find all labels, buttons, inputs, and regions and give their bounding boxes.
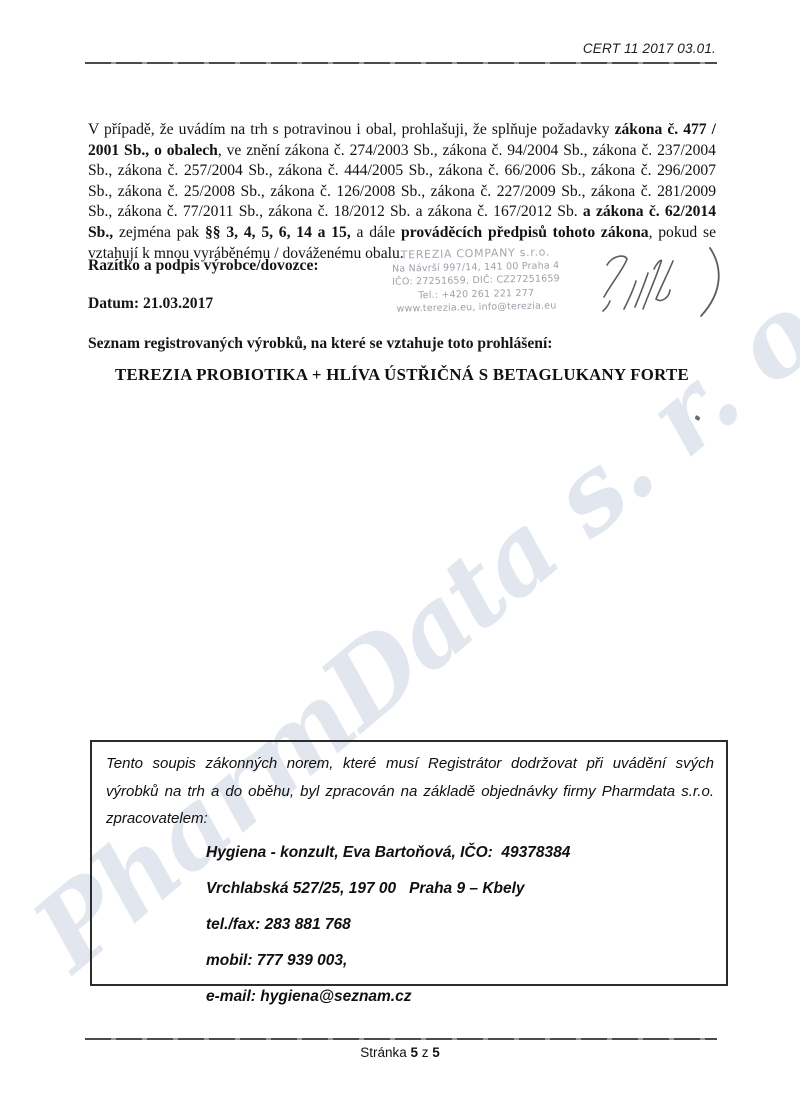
page-content: CERT 11 2017 03.01. V případě, že uvádím… bbox=[0, 0, 800, 1100]
processor-telfax-line: tel./fax: 283 881 768 bbox=[206, 915, 714, 935]
footer-rule bbox=[85, 1038, 717, 1040]
stamp-signature-label: Razítko a podpis výrobce/dovozce: bbox=[88, 257, 319, 275]
footer-of-word: z bbox=[422, 1045, 429, 1060]
company-stamp: TEREZIA COMPANY s.r.o. Na Návrší 997/14,… bbox=[367, 245, 584, 317]
ink-speck bbox=[694, 415, 700, 421]
date-value: 21.03.2017 bbox=[143, 295, 213, 312]
footer-total-pages: 5 bbox=[432, 1045, 440, 1060]
processor-email-line: e-mail: hygiena@seznam.cz bbox=[206, 987, 714, 1007]
list-heading: Seznam registrovaných výrobků, na které … bbox=[88, 335, 553, 353]
processor-info-box: Tento soupis zákonných norem, které musí… bbox=[90, 740, 728, 986]
page-footer: Stránka 5 z 5 bbox=[0, 1045, 800, 1060]
processor-mobile-line: mobil: 777 939 003, bbox=[206, 951, 714, 971]
doc-code: CERT 11 2017 03.01. bbox=[583, 41, 716, 56]
info-box-intro: Tento soupis zákonných norem, které musí… bbox=[106, 750, 714, 833]
processor-address-line: Vrchlabská 527/25, 197 00 Praha 9 – Kbel… bbox=[206, 879, 714, 899]
info-box-lines: Hygiena - konzult, Eva Bartoňová, IČO: 4… bbox=[206, 843, 714, 1007]
date-label: Datum: bbox=[88, 295, 139, 312]
footer-page-number: 5 bbox=[410, 1045, 418, 1060]
processor-name-line: Hygiena - konzult, Eva Bartoňová, IČO: 4… bbox=[206, 843, 714, 863]
legal-paragraph: V případě, že uvádím na trh s potravinou… bbox=[88, 120, 716, 264]
signature-scribble bbox=[597, 245, 727, 327]
date-line: Datum: 21.03.2017 bbox=[88, 295, 213, 313]
footer-word: Stránka bbox=[360, 1045, 407, 1060]
header-rule bbox=[85, 62, 717, 64]
product-name: TEREZIA PROBIOTIKA + HLÍVA ÚSTŘIČNÁ S BE… bbox=[88, 365, 716, 385]
document-page: PharmData s. r. o. CERT 11 2017 03.01. V… bbox=[0, 0, 800, 1100]
